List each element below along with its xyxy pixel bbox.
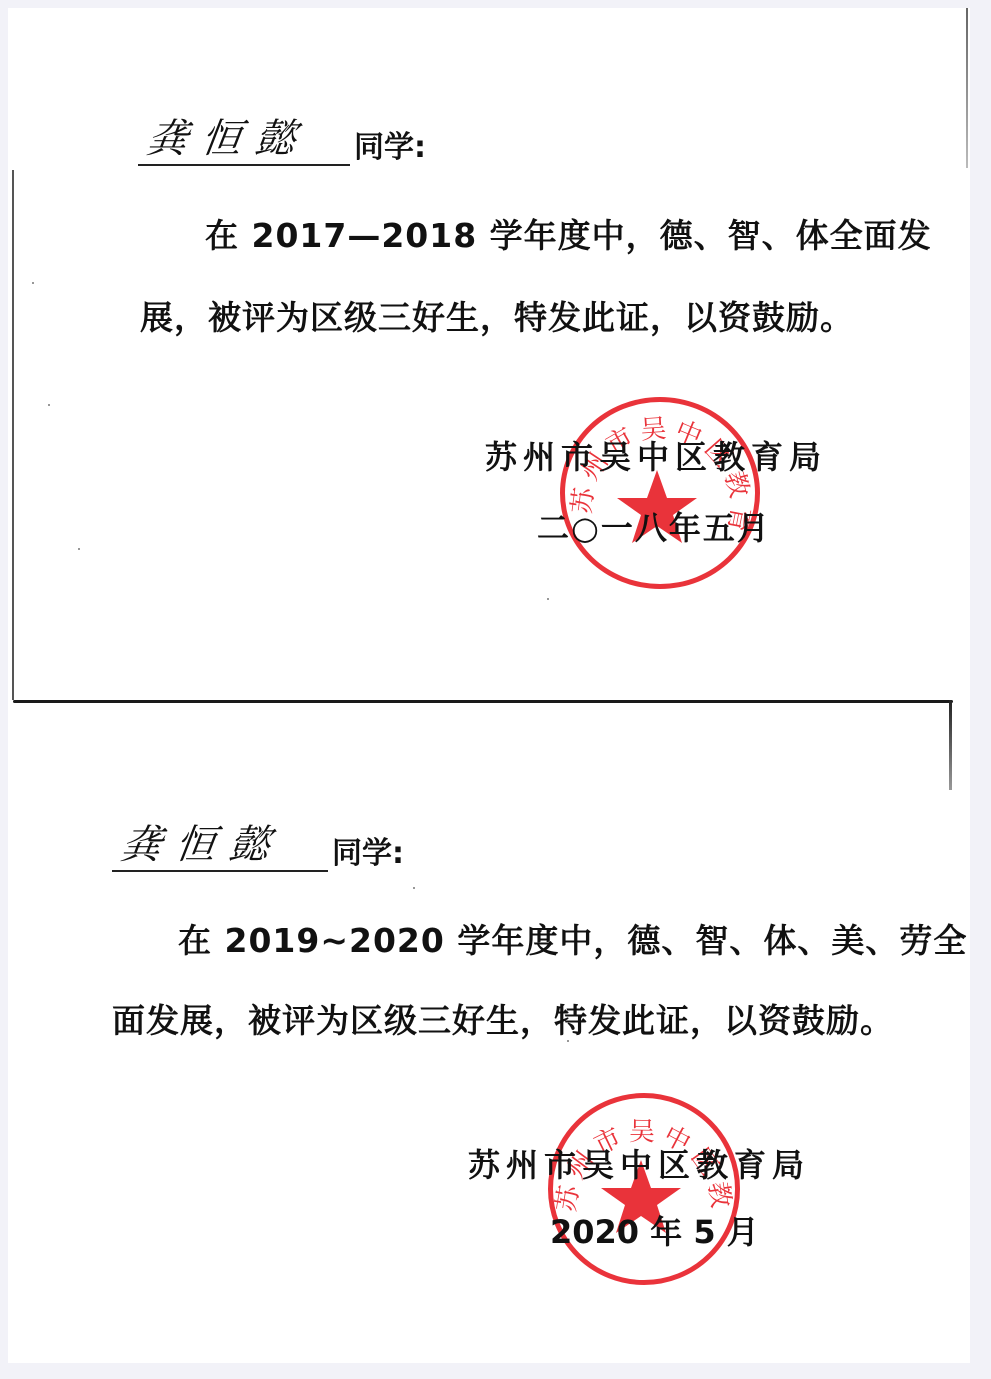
salutation: 龚恒懿 同学: [112,826,404,872]
salutation: 龚恒懿 同学: [138,120,426,166]
signature-line: 龚恒懿 [112,826,328,872]
certificate-divider-line [13,700,953,703]
certificate-frame-left-border [12,170,14,700]
certificate-body-line-1: 在 2019~2020 学年度中，德、智、体、美、劳全 [178,915,967,962]
seal-graphic: 苏州市吴中区教育局 [565,402,755,584]
certificate-body-line-1: 在 2017—2018 学年度中，德、智、体全面发 [205,210,932,257]
scan-speck [547,598,549,600]
certificate-body-line-2: 面发展，被评为区级三好生，特发此证，以资鼓励。 [112,995,894,1042]
scan-speck [48,404,50,406]
scan-speck [78,548,80,550]
official-seal: 苏州市吴中区教育局 [548,1093,740,1285]
scan-speck [413,887,415,889]
addressee-label: 同学: [332,828,404,872]
scan-speck [32,282,34,284]
issuer-name: 苏州市吴中区教育局 [468,1140,810,1186]
certificate-frame-right-border [966,8,968,168]
addressee-label: 同学: [354,122,426,166]
signature-line: 龚恒懿 [138,120,350,166]
official-seal: 苏州市吴中区教育局 [560,397,760,589]
certificate-frame-right-border-lower [949,700,952,790]
handwritten-signature: 龚恒懿 [118,813,288,870]
issue-date: 二○一八年五月 [537,503,771,549]
certificate-body-line-2: 展，被评为区级三好生，特发此证，以资鼓励。 [140,292,854,339]
issuer-name: 苏州市吴中区教育局 [485,432,827,478]
handwritten-signature: 龚恒懿 [144,107,314,164]
issue-date: 2020 年 5 月 [550,1207,759,1253]
